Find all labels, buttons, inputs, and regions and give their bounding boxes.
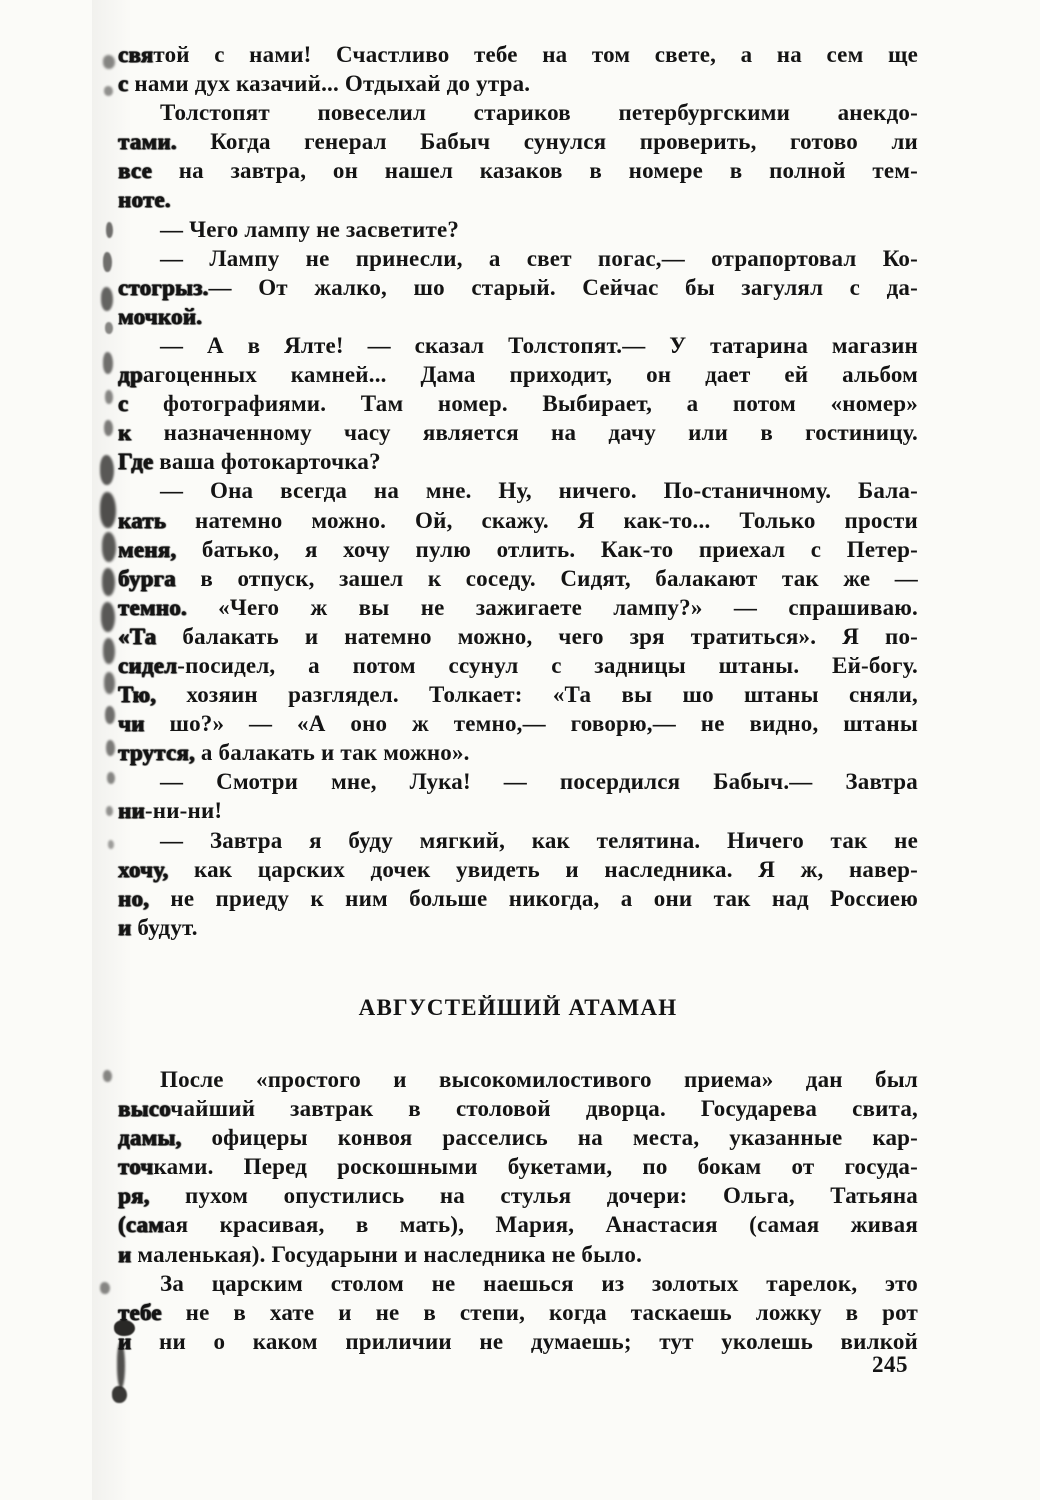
paragraph-group-bottom: После «простого и высокомилостивого прие… (118, 1065, 918, 1356)
smudged-text: тебе (118, 1300, 162, 1325)
text-line: — Завтра я буду мягкий, как телятина. Ни… (118, 826, 918, 855)
smudged-text: Где (118, 449, 153, 474)
smudged-text: высо (118, 1096, 170, 1121)
text-line: — Смотри мне, Лука! — посердился Бабыч.—… (118, 767, 918, 796)
smudged-text: меня, (118, 537, 176, 562)
text-line: кать натемно можно. Ой, скажу. Я как-то.… (118, 506, 918, 535)
text-line: и будут. (118, 913, 918, 942)
smudged-text: с (118, 71, 128, 96)
smudged-text: трутся, (118, 740, 195, 765)
smudged-text: (сам (118, 1212, 164, 1237)
text-line: — Она всегда на мне. Ну, ничего. По-стан… (118, 476, 918, 505)
smudged-text: ноте. (118, 187, 171, 212)
smudged-text: стогрыз. (118, 275, 209, 300)
text-line: ря, пухом опустились на стулья дочери: О… (118, 1181, 918, 1210)
text-line: хочу, как царских дочек увидеть и наслед… (118, 855, 918, 884)
smudged-text: тами. (118, 129, 177, 154)
smudged-text: и (118, 1329, 131, 1354)
text-line: — Лампу не принесли, а свет погас,— отра… (118, 244, 918, 273)
text-line: Толстопят повеселил стариков петербургск… (118, 98, 918, 127)
text-line: трутся, а балакать и так можно». (118, 738, 918, 767)
text-line: Тю, хозяин разглядел. Толкает: «Та вы шо… (118, 680, 918, 709)
text-line: дамы, офицеры конвоя расселись на места,… (118, 1123, 918, 1152)
paragraph-group-top: святой с нами! Счастливо тебе на том све… (118, 40, 918, 942)
text-line: — Чего лампу не засветите? (118, 215, 918, 244)
text-line: с нами дух казачий... Отдыхай до утра. (118, 69, 918, 98)
text-line: но, не приеду к ним больше никогда, а он… (118, 884, 918, 913)
text-line: тами. Когда генерал Бабыч сунулся провер… (118, 127, 918, 156)
section-heading: АВГУСТЕЙШИЙ АТАМАН (118, 993, 918, 1022)
smudged-text: все (118, 158, 152, 183)
text-line: и ни о каком приличии не думаешь; тут ук… (118, 1327, 918, 1356)
smudged-text: ни (118, 798, 145, 823)
smudged-text: Тю, (118, 682, 156, 707)
smudged-text: свя (118, 42, 153, 67)
smudged-text: дамы, (118, 1125, 182, 1150)
smudged-text: к (118, 420, 131, 445)
page-text: святой с нами! Счастливо тебе на том све… (118, 40, 918, 1356)
text-line: драгоценных камней... Дама приходит, он … (118, 360, 918, 389)
text-line: тебе не в хате и не в степи, когда таска… (118, 1298, 918, 1327)
text-line: с фотографиями. Там номер. Выбирает, а п… (118, 389, 918, 418)
smudged-text: др (118, 362, 143, 387)
smudged-text: с (118, 391, 128, 416)
text-line: После «простого и высокомилостивого прие… (118, 1065, 918, 1094)
smudged-text: бурга (118, 566, 176, 591)
text-line: точками. Перед роскошными букетами, по б… (118, 1152, 918, 1181)
smudged-text: сидел (118, 653, 177, 678)
smudged-text: и (118, 915, 131, 940)
smudged-text: мочкой. (118, 304, 202, 329)
smudged-text: но, (118, 886, 149, 911)
smudged-text: «Та (118, 624, 156, 649)
text-line: все на завтра, он нашел казаков в номере… (118, 156, 918, 185)
text-line: За царским столом не наешься из золотых … (118, 1269, 918, 1298)
text-line: меня, батько, я хочу пулю отлить. Как-то… (118, 535, 918, 564)
text-line: сидел-посидел, а потом ссунул с задницы … (118, 651, 918, 680)
text-line: стогрыз.— От жалко, шо старый. Сейчас бы… (118, 273, 918, 302)
text-line: святой с нами! Счастливо тебе на том све… (118, 40, 918, 69)
smudged-text: и (118, 1242, 131, 1267)
text-line: к назначенному часу является на дачу или… (118, 418, 918, 447)
text-line: темно. «Чего ж вы не зажигаете лампу?» —… (118, 593, 918, 622)
smudged-text: хочу, (118, 857, 168, 882)
text-line: «Та балакать и натемно можно, чего зря т… (118, 622, 918, 651)
text-line: (самая красивая, в мать), Мария, Анастас… (118, 1210, 918, 1239)
book-page: святой с нами! Счастливо тебе на том све… (0, 0, 1040, 1500)
text-line: ни-ни-ни! (118, 796, 918, 825)
smudged-text: чи (118, 711, 145, 736)
text-line: мочкой. (118, 302, 918, 331)
text-line: — А в Ялте! — сказал Толстопят.— У татар… (118, 331, 918, 360)
smudged-text: кать (118, 508, 166, 533)
text-line: высочайший завтрак в столовой дворца. Го… (118, 1094, 918, 1123)
text-line: Где ваша фотокарточка? (118, 447, 918, 476)
text-line: и маленькая). Государыни и наследника не… (118, 1240, 918, 1269)
text-line: чи шо?» — «А оно ж темно,— говорю,— не в… (118, 709, 918, 738)
smudged-text: ря, (118, 1183, 150, 1208)
smudged-text: темно. (118, 595, 187, 620)
smudged-text: точ (118, 1154, 153, 1179)
text-line: бурга в отпуск, зашел к соседу. Сидят, б… (118, 564, 918, 593)
text-line: ноте. (118, 185, 918, 214)
page-number: 245 (872, 1352, 908, 1378)
